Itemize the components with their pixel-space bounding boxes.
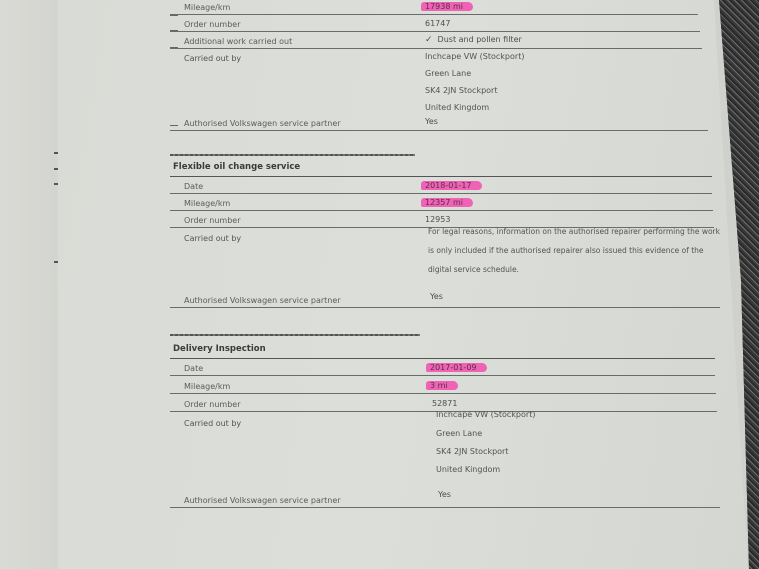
date-row: Date 2017-01-09 [170,359,715,376]
partner-row: Authorised Volkswagen service partner Ye… [170,491,720,508]
workshop-country: United Kingdom [436,465,500,474]
workshop-street: Green Lane [425,69,471,78]
partner-value: Yes [425,117,438,126]
order-number-label: Order number [184,400,241,409]
section-divider [170,154,415,156]
carried-out-by-label: Carried out by [184,419,241,428]
section-header-rule [170,340,715,359]
partner-value: Yes [430,292,443,301]
date-row: Date 2018-01-17 [170,177,712,194]
section-header-rule [170,158,712,177]
partner-value: Yes [438,490,451,499]
service-record-page [58,0,758,569]
mileage-row: Mileage/km 12357 mi [170,194,713,211]
workshop-postcode-city: SK4 2JN Stockport [436,447,508,456]
workshop-postcode-city: SK4 2JN Stockport [425,86,497,95]
underlying-page [0,0,67,569]
legal-notice: For legal reasons, information on the au… [428,222,723,279]
checkmark-icon: ✓ [425,35,433,45]
order-number-row: Order number 61747 [170,15,700,32]
date-label: Date [184,364,203,373]
date-value: 2017-01-09 [426,363,487,372]
partner-row: Authorised Volkswagen service partner Ye… [170,291,720,308]
order-number-label: Order number [184,216,241,225]
date-value: 2018-01-17 [421,181,482,190]
mileage-value: 12357 mi [421,198,473,207]
additional-work-label: Additional work carried out [184,37,292,46]
partner-label: Authorised Volkswagen service partner [184,119,341,128]
workshop-country: United Kingdom [425,103,489,112]
workshop-name: Inchcape VW (Stockport) [425,52,524,61]
date-label: Date [184,182,203,191]
partner-label: Authorised Volkswagen service partner [184,496,341,505]
additional-work-value: ✓Dust and pollen filter [425,35,522,45]
partner-row: Authorised Volkswagen service partner Ye… [170,115,708,131]
workshop-street: Green Lane [436,429,482,438]
additional-work-text: Dust and pollen filter [438,35,522,44]
mileage-label: Mileage/km [184,3,230,12]
additional-work-row: Additional work carried out ✓Dust and po… [170,32,702,49]
order-number-value: 52871 [432,399,457,408]
carried-out-by-label: Carried out by [184,54,241,63]
order-number-label: Order number [184,20,241,29]
mileage-value: 3 mi [426,381,458,390]
workshop-name: Inchcape VW (Stockport) [436,410,535,419]
mileage-row: Mileage/km 3 mi [170,377,716,394]
mileage-value: 17938 mi [421,2,473,11]
mileage-label: Mileage/km [184,382,230,391]
mileage-label: Mileage/km [184,199,230,208]
mileage-row: Mileage/km 17938 mi [170,0,698,15]
carried-out-by-label: Carried out by [184,234,241,243]
order-number-value: 61747 [425,19,450,28]
section-divider [170,334,420,336]
partner-label: Authorised Volkswagen service partner [184,296,341,305]
